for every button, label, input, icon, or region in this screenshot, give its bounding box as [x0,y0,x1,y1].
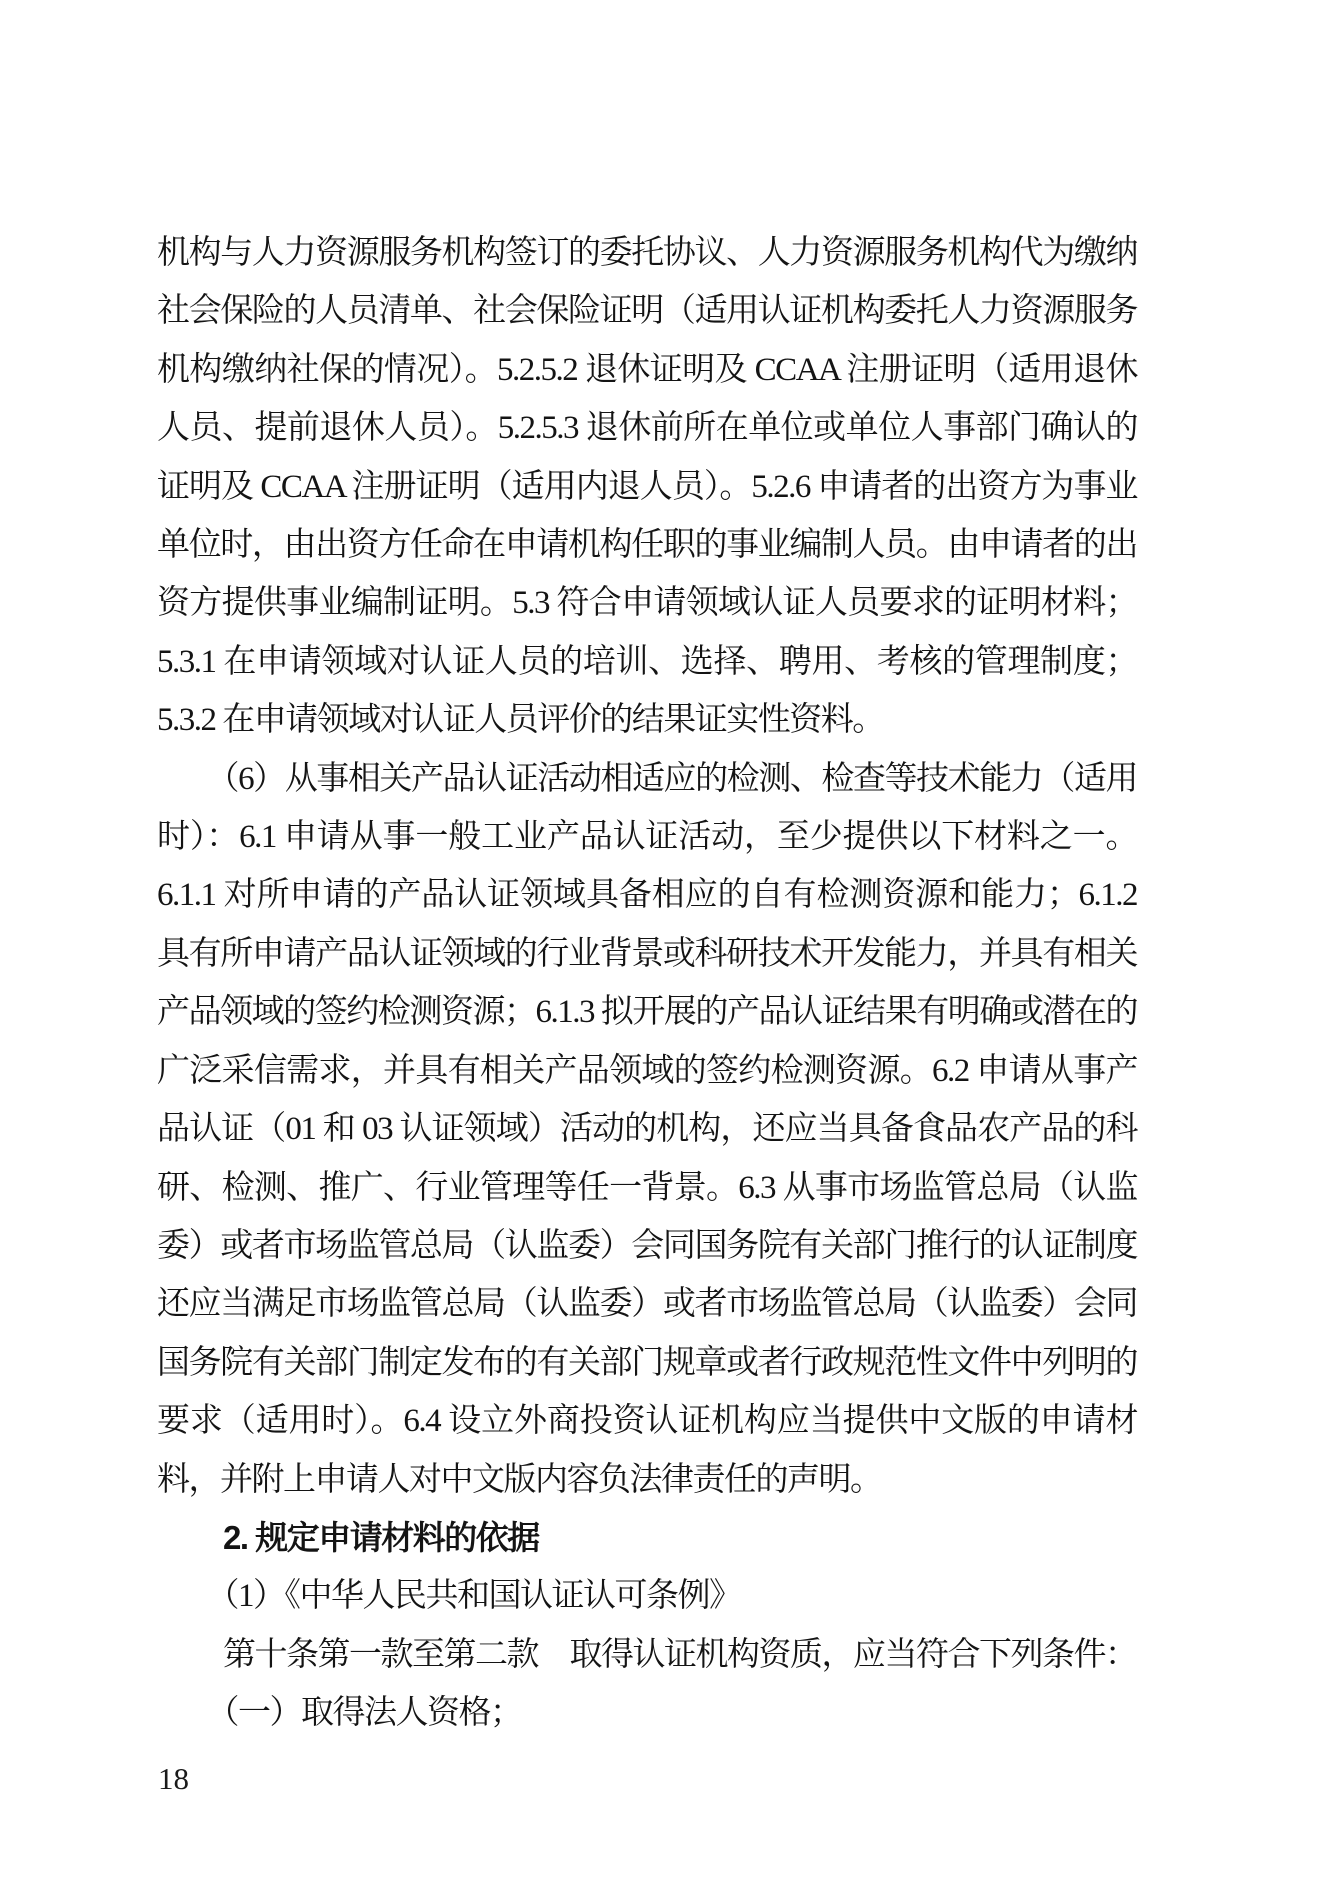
document-page: 机构与人力资源服务机构签订的委托协议、人力资源服务机构代为缴纳社会保险的人员清单… [0,0,1339,1890]
paragraph-article-10-clause: 第十条第一款至第二款 取得认证机构资质，应当符合下列条件： [157,1626,1137,1684]
document-body: 机构与人力资源服务机构签订的委托协议、人力资源服务机构代为缴纳社会保险的人员清单… [157,224,1137,1743]
paragraph-application-materials-continued: 机构与人力资源服务机构签订的委托协议、人力资源服务机构代为缴纳社会保险的人员清单… [157,224,1137,750]
section-heading-basis-of-application-materials: 2. 规定申请材料的依据 [157,1509,1137,1567]
paragraph-condition-legal-person: （一）取得法人资格； [157,1684,1137,1742]
paragraph-item-6-technical-capability: （6）从事相关产品认证活动相适应的检测、检查等技术能力（适用时）：6.1 申请从… [157,750,1137,1509]
page-number: 18 [158,1762,189,1796]
paragraph-basis-regulation-title: （1）《中华人民共和国认证认可条例》 [157,1567,1137,1625]
